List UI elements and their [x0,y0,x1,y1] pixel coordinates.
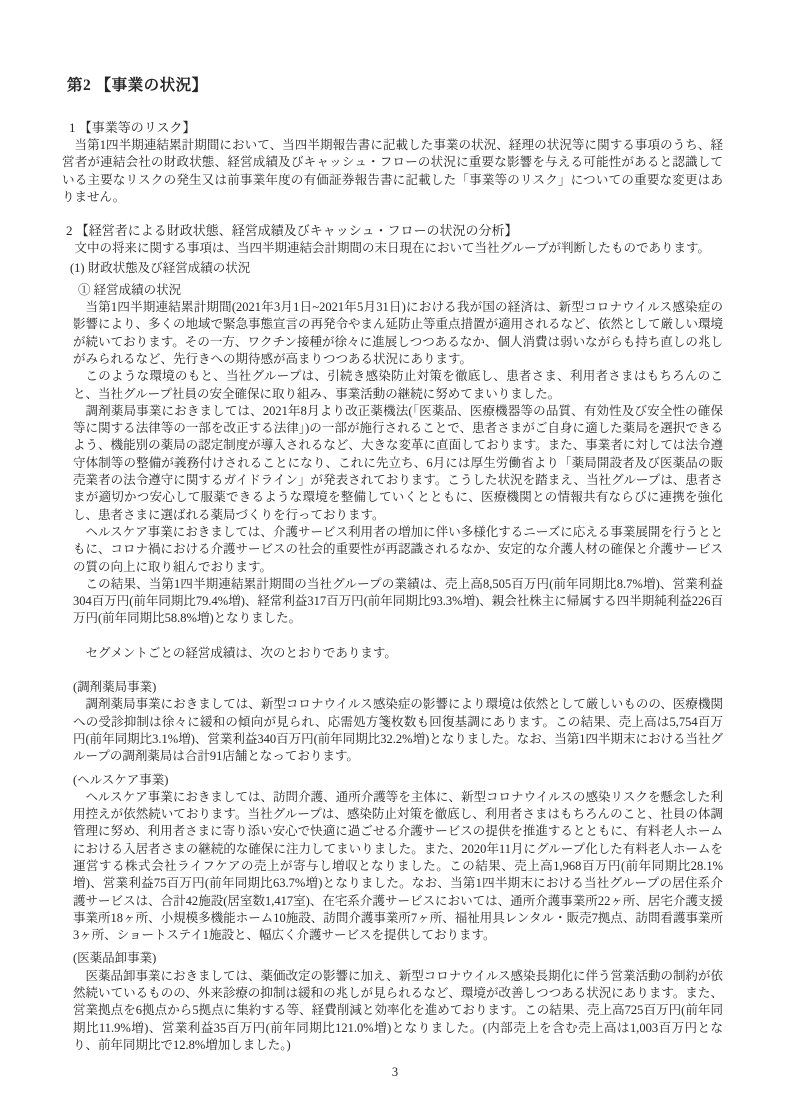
segment-pharma-wholesale-paragraph: 医薬品卸事業におきましては、薬価改定の影響に加え、新型コロナウイルス感染長期化に… [73,968,723,1054]
paragraph-economy-overview: 当第1四半期連結累計期間(2021年3月1日~2021年5月31日)における我が… [73,299,723,368]
section-analysis-heading: 2 【経営者による財政状態、経営成績及びキャッシュ・フローの状況の分析】 [66,222,723,239]
item-operating-results-label: ① 経営成績の状況 [78,282,723,299]
segment-healthcare-name: (ヘルスケア事業) [73,772,723,789]
chapter-heading: 第2 【事業の状況】 [67,76,723,95]
page-number: 3 [0,1064,790,1081]
segment-pharmacy-name: (調剤薬局事業) [73,679,723,696]
segment-pharma-wholesale: (医薬品卸事業) 医薬品卸事業におきましては、薬価改定の影響に加え、新型コロナウ… [73,950,723,1054]
risk-paragraph: 当第1四半期連結累計期間において、当四半期報告書に記載した事業の状況、経理の状況… [62,137,723,206]
paragraph-group-response: このような環境のもと、当社グループは、引続き感染防止対策を徹底し、患者さま、利用… [73,368,723,403]
document-content: 第2 【事業の状況】 1 【事業等のリスク】 当第1四半期連結累計期間において、… [62,0,723,1054]
paragraph-pharmacy-regulation: 調剤薬局事業におきましては、2021年8月より改正薬機法(「医薬品、医療機器等の… [73,403,723,524]
segment-pharmacy-paragraph: 調剤薬局事業におきましては、新型コロナウイルス感染症の影響により環境は依然として… [73,696,723,765]
forward-looking-note: 文中の将来に関する事項は、当四半期連結会計期間の末日現在において当社グループが判… [62,240,723,257]
paragraph-healthcare-overview: ヘルスケア事業におきましては、介護サービス利用者の増加に伴い多様化するニーズに応… [73,524,723,576]
segment-pharma-wholesale-name: (医薬品卸事業) [73,950,723,967]
segment-intro: セグメントごとの経営成績は、次のとおりであります。 [73,645,723,662]
operating-results-body: 当第1四半期連結累計期間(2021年3月1日~2021年5月31日)における我が… [73,299,723,1054]
segment-healthcare-paragraph: ヘルスケア事業におきましては、訪問介護、通所介護等を主体に、新型コロナウイルスの… [73,789,723,945]
subsection-financial-results-label: (1) 財政状態及び経営成績の状況 [70,260,723,277]
section-risk-heading: 1 【事業等のリスク】 [69,119,723,136]
document-page: 第2 【事業の状況】 1 【事業等のリスク】 当第1四半期連結累計期間において、… [0,0,790,1118]
segment-healthcare: (ヘルスケア事業) ヘルスケア事業におきましては、訪問介護、通所介護等を主体に、… [73,772,723,945]
segment-pharmacy: (調剤薬局事業) 調剤薬局事業におきましては、新型コロナウイルス感染症の影響によ… [73,679,723,765]
paragraph-consolidated-results: この結果、当第1四半期連結累計期間の当社グループの業績は、売上高8,505百万円… [73,576,723,628]
